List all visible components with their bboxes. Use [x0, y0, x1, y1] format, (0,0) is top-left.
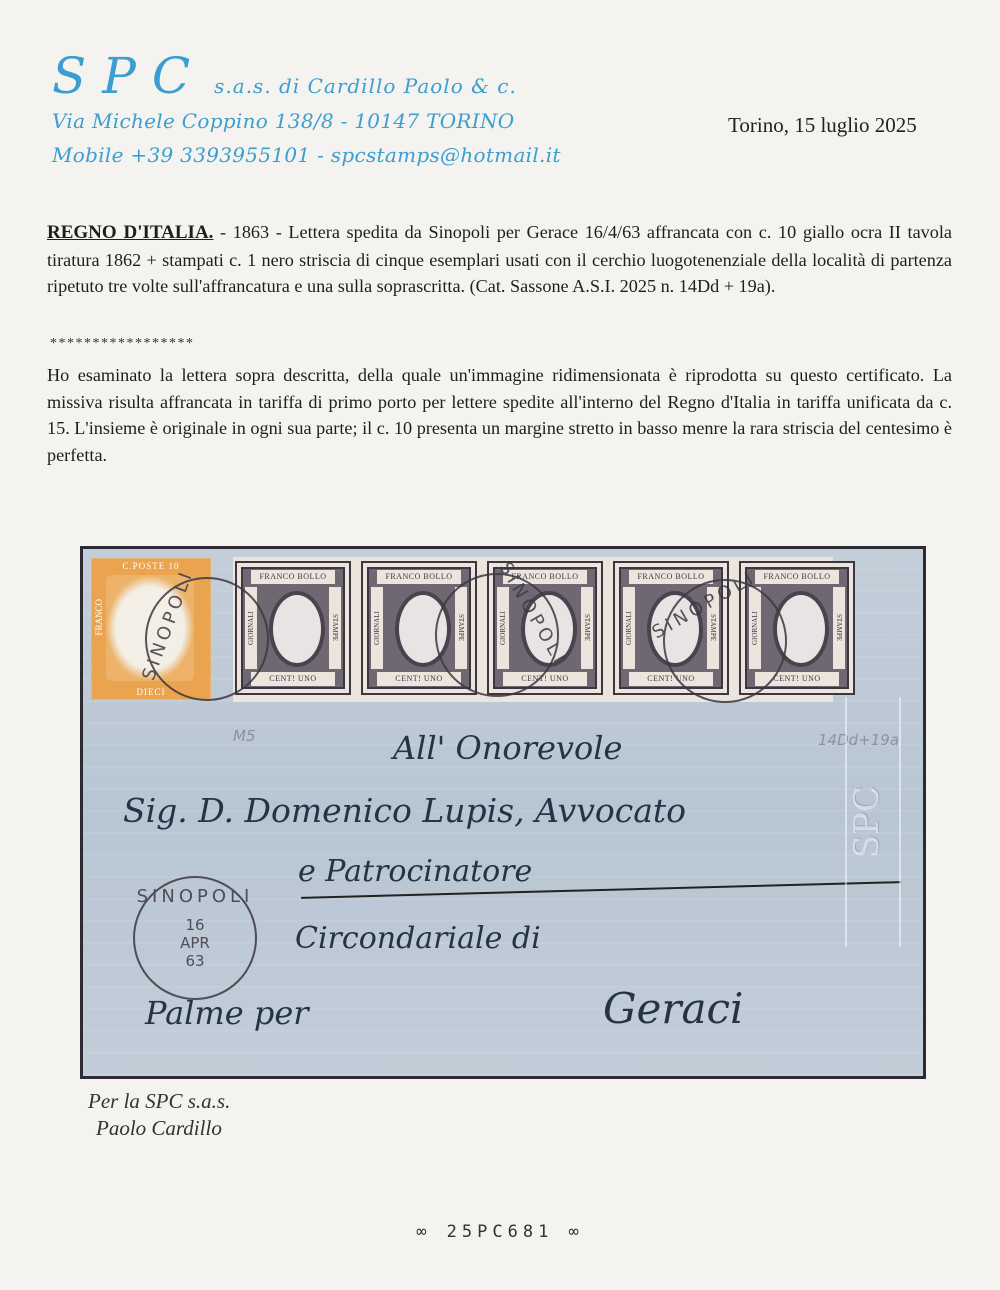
postmark-day: 16: [135, 916, 255, 934]
stamp-label-top: FRANCO BOLLO: [251, 570, 335, 584]
postmark-town: SINOPOLI: [135, 886, 255, 907]
stamp-label-top: FRANCO BOLLO: [377, 570, 461, 584]
stamp-label-left: GIORNALI: [623, 587, 635, 669]
letter-image: C.POSTE 10 FRANCO DIECI FRANCO BOLLO GIO…: [80, 546, 926, 1079]
address-line: All' Onorevole: [393, 729, 622, 767]
postmark-year: 63: [135, 952, 255, 970]
signature-line1: Per la SPC s.a.s.: [88, 1088, 230, 1115]
stamp-label-top: FRANCO BOLLO: [629, 570, 713, 584]
company-address: Via Michele Coppino 138/8 - 10147 TORINO: [52, 104, 612, 138]
examination-text: Ho esaminato la lettera sopra descritta,…: [47, 362, 952, 468]
postmark-cover: SINOPOLI 16 APR 63: [133, 876, 257, 1000]
address-line: e Patrocinatore: [298, 854, 532, 889]
company-contact: Mobile +39 3393955101 - spcstamps@hotmai…: [52, 138, 612, 172]
pencil-note: M5: [233, 727, 256, 745]
address-line: Palme per: [145, 994, 309, 1032]
postmark-date: 16 APR 63: [135, 916, 255, 970]
stamp-label-right: STAMPE: [329, 587, 341, 669]
company-header: SPC s.a.s. di Cardillo Paolo & c. Via Mi…: [52, 48, 612, 172]
country-heading: REGNO D'ITALIA.: [47, 222, 213, 243]
address-line: Sig. D. Domenico Lupis, Avvocato: [123, 791, 686, 830]
stamp-label-right: STAMPE: [581, 587, 593, 669]
postmark-month: APR: [135, 934, 255, 952]
address-line: Circondariale di: [295, 921, 541, 956]
certificate-number: ∞ 25PC681 ∞: [0, 1222, 1000, 1242]
signature-block: Per la SPC s.a.s. Paolo Cardillo: [88, 1088, 230, 1142]
embossed-seal: SPC: [845, 697, 901, 947]
stamp-label-top: FRANCO BOLLO: [755, 570, 839, 584]
certificate-date: Torino, 15 luglio 2025: [728, 113, 917, 138]
stamp-oval: [269, 591, 325, 667]
stamp-label-left: GIORNALI: [371, 587, 383, 669]
address-line: Geraci: [603, 984, 743, 1033]
company-name: s.a.s. di Cardillo Paolo & c.: [214, 74, 517, 98]
certificate-description: REGNO D'ITALIA. - 1863 - Lettera spedita…: [47, 219, 952, 300]
signature-line2: Paolo Cardillo: [88, 1115, 230, 1142]
stamp-label-right: STAMPE: [833, 587, 845, 669]
separator: *****************: [50, 336, 195, 352]
stamp-side-text: FRANCO: [94, 599, 104, 636]
company-logo: SPC: [52, 48, 206, 104]
stamp-label-bottom: CENT! UNO: [251, 672, 335, 686]
